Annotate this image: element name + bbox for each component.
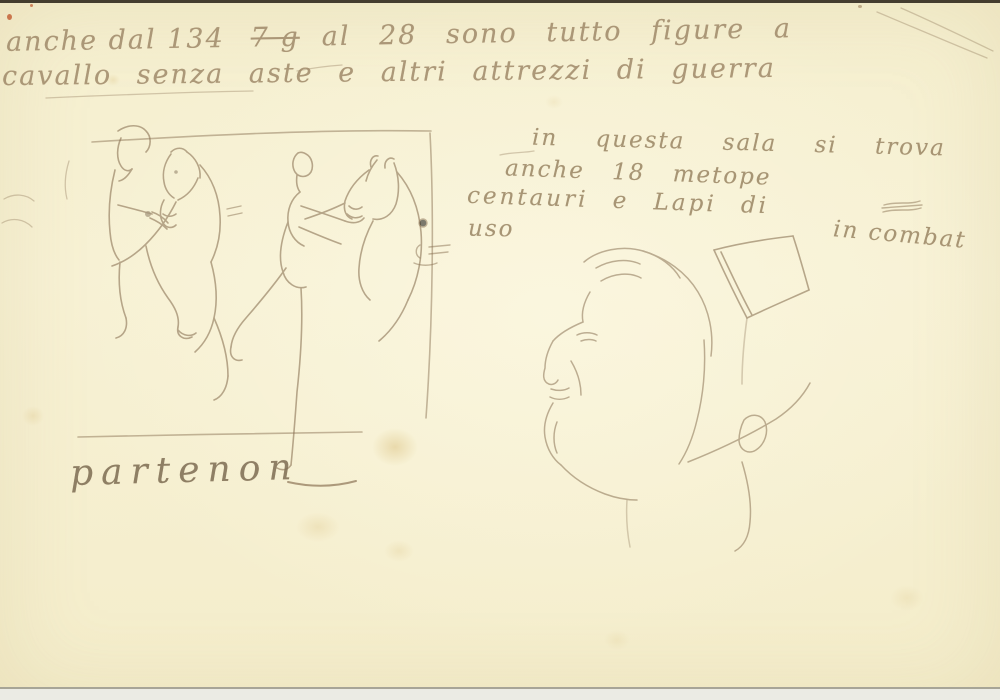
ear-shape (739, 415, 767, 452)
hand-dot (145, 211, 151, 217)
sketchbook-page: anche dal 1347 gal 28 sono tutto figure … (0, 0, 1000, 700)
frieze-frame (78, 131, 432, 437)
sketch-caption: partenon (70, 447, 301, 494)
square-block-sketch (714, 236, 809, 384)
frieze-margin-marks (227, 206, 450, 265)
horse-eye-dot (174, 170, 178, 174)
profile-head-sketch (544, 248, 810, 551)
top-note-line1-struck-text: 7 g (250, 22, 300, 54)
pencil-sketch-layer (0, 0, 1000, 700)
frieze-man-and-horse-sketch (109, 126, 228, 400)
sketch-caption-text: partenon (70, 447, 301, 494)
top-note-line1-pre: anche dal 134 (6, 23, 225, 58)
frieze-rider-and-horse-sketch (231, 152, 422, 469)
side-note-line-4-left: uso (468, 216, 515, 243)
crossed-out-scribble (882, 201, 922, 212)
side-note-line4-left-text: uso (468, 216, 515, 243)
